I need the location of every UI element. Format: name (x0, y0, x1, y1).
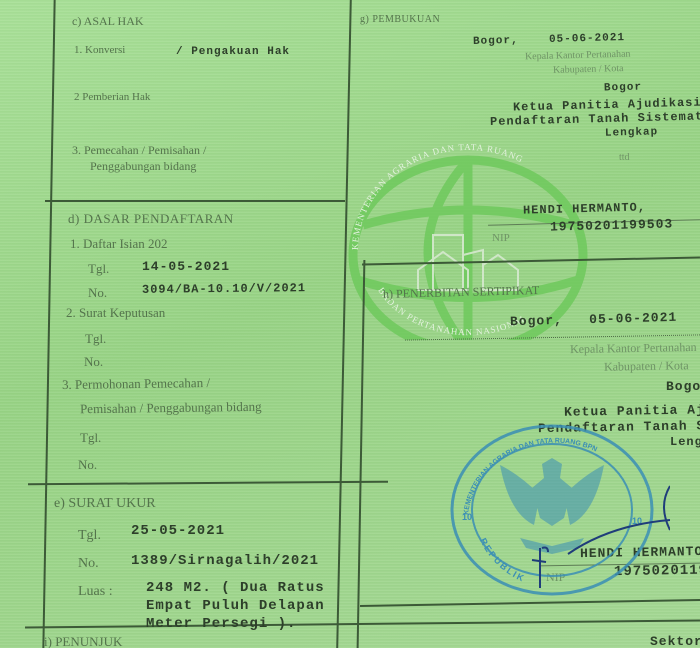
surat-ukur-no-label: No. (78, 556, 99, 572)
column-divider-line (336, 0, 351, 648)
pembukuan-ttd: ttd (619, 152, 630, 163)
divider-pembukuan-penerbitan (362, 256, 700, 265)
asal-hak-item1-value: / Pengakuan Hak (176, 46, 290, 58)
surat-ukur-tgl-label: Tgl. (78, 528, 101, 544)
surat-ukur-tgl-value: 25-05-2021 (131, 523, 225, 539)
right-lower-border-line (357, 260, 365, 648)
asal-hak-item2-label: 2 Pemberian Hak (74, 91, 150, 103)
svg-text:REPUBLIK: REPUBLIK (478, 536, 527, 584)
surat-ukur-luas-label: Luas : (78, 584, 113, 600)
pembukuan-city: Bogor (604, 82, 642, 95)
asal-hak-item3-label-line2: Penggabungan bidang (90, 159, 196, 174)
daftar-isian-no-label: No. (88, 285, 107, 301)
permohonan-label-line2: Pemisahan / Penggabungan bidang (80, 399, 262, 418)
pembukuan-title-line3: Lengkap (605, 126, 659, 139)
pembukuan-office-line1: Kepala Kantor Pertanahan (525, 49, 631, 63)
pembukuan-office-line2: Kabupaten / Kota (553, 63, 624, 76)
surat-ukur-luas-line3: Meter Persegi ). (146, 616, 296, 632)
surat-keputusan-tgl-label: Tgl. (85, 331, 106, 347)
penerbitan-nip-value: 19750201199503 (614, 562, 700, 580)
svg-text:10: 10 (462, 512, 472, 522)
pembukuan-nip-label: NIP (492, 232, 510, 244)
pembukuan-heading: g) PEMBUKUAN (360, 14, 440, 25)
penunjuk-heading: i) PENUNJUK (44, 634, 122, 648)
penerbitan-bottom-fragment: Sektor (650, 634, 700, 648)
penerbitan-office-line2: Kabupaten / Kota (604, 358, 689, 374)
penerbitan-city: Bogor (666, 379, 700, 394)
penerbitan-signer-name: HENDI HERMANTO, (580, 544, 700, 561)
dasar-pendaftaran-heading: d) DASAR PENDAFTARAN (68, 211, 234, 227)
penerbitan-title-line2: Pendaftaran Tanah Sistematis (538, 417, 700, 436)
surat-keputusan-no-label: No. (84, 354, 103, 370)
pembukuan-nip-value: 19750201199503 (550, 216, 674, 234)
asal-hak-heading: c) ASAL HAK (72, 14, 144, 29)
permohonan-tgl-label: Tgl. (80, 430, 101, 446)
surat-ukur-luas-line2: Empat Puluh Delapan (146, 598, 325, 614)
asal-hak-item3-label-line1: 3. Pemecahan / Pemisahan / (72, 143, 206, 158)
penerbitan-place-date: Bogor, 05-06-2021 (510, 310, 678, 329)
svg-text:10: 10 (632, 516, 642, 526)
surat-ukur-heading: e) SURAT UKUR (54, 496, 156, 512)
daftar-isian-tgl-label: Tgl. (88, 261, 109, 277)
penerbitan-nip-label: NIP (546, 570, 565, 585)
penerbitan-title-line3: Lengkap (670, 435, 700, 449)
daftar-isian-tgl-value: 14-05-2021 (142, 259, 230, 274)
pembukuan-place-date: Bogor, 05-06-2021 (473, 32, 625, 48)
divider-asal-dasar (45, 200, 345, 202)
penerbitan-office-line1: Kepala Kantor Pertanahan (570, 340, 697, 357)
penerbitan-title-line1: Ketua Panitia Ajudikasi (564, 401, 700, 420)
daftar-isian-no-value: 3094/BA-10.10/V/2021 (142, 281, 306, 297)
divider-surat-penunjuk (25, 619, 700, 628)
daftar-isian-label: 1. Daftar Isian 202 (70, 236, 167, 252)
surat-ukur-no-value: 1389/Sirnagalih/2021 (131, 553, 319, 569)
pembukuan-signer-name: HENDI HERMANTO, (523, 200, 646, 217)
svg-text:KEMENTERIAN AGRARIA DAN TATA R: KEMENTERIAN AGRARIA DAN TATA RUANG BPN (463, 438, 598, 516)
asal-hak-item1-label: 1. Konversi (74, 44, 125, 56)
divider-penerbitan-bottom (360, 599, 700, 606)
permohonan-label-line1: 3. Permohonan Pemecahan / (62, 375, 210, 393)
permohonan-no-label: No. (78, 457, 97, 473)
left-border-line (42, 0, 55, 648)
penerbitan-heading: h) PENERBITAN SERTIPIKAT (383, 283, 540, 302)
surat-ukur-luas-line1: 248 M2. ( Dua Ratus (146, 580, 325, 596)
surat-keputusan-label: 2. Surat Keputusan (66, 305, 165, 321)
divider-dasar-surat (28, 481, 388, 485)
